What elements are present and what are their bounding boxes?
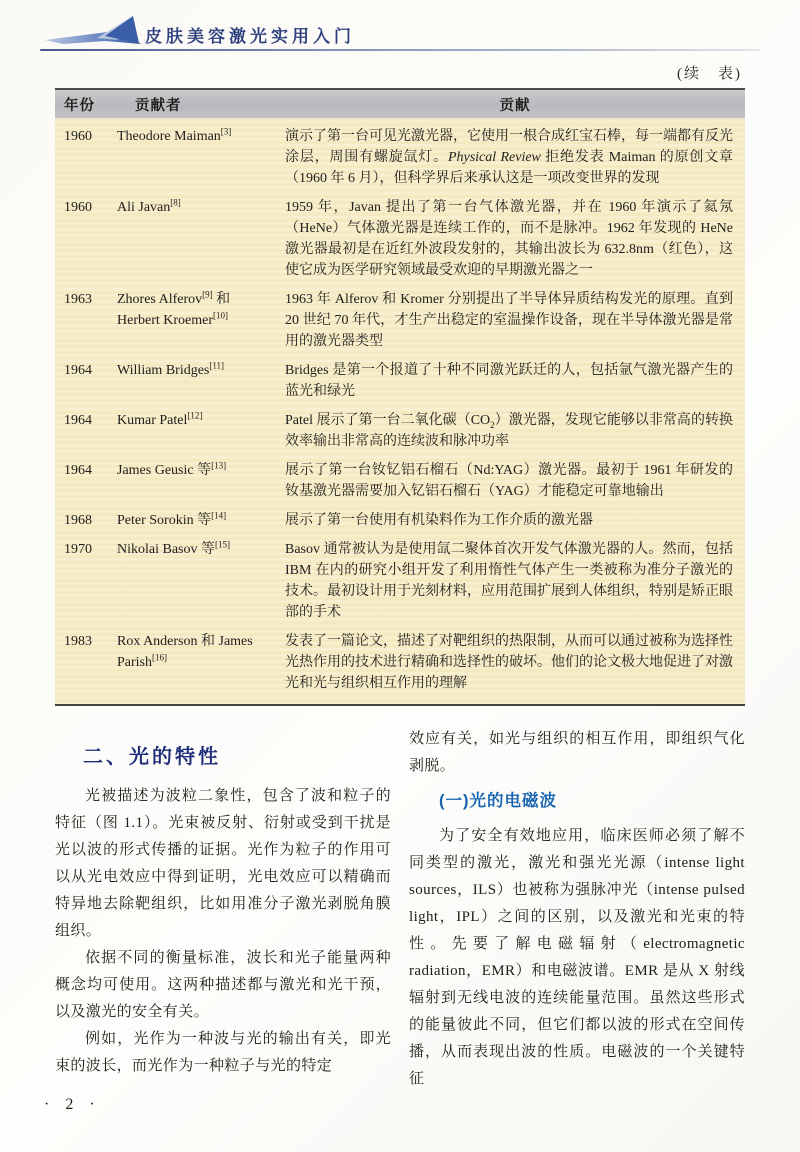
left-column: 二、光的特性 光被描述为波粒二象性，包含了波和粒子的特征（图 1.1）。光束被反…: [55, 726, 391, 1093]
table-row: 1964Kumar Patel[12]Patel 展示了第一台二氧化碳（CO2）…: [55, 406, 745, 456]
contributor-cell: Zhores Alferov[9] 和 Herbert Kroemer[10]: [117, 289, 285, 352]
contributor-cell: William Bridges[11]: [117, 360, 285, 402]
right-column: 效应有关，如光与组织的相互作用，即组织气化剥脱。 (一)光的电磁波 为了安全有效…: [409, 726, 745, 1093]
contribution-cell: Patel 展示了第一台二氧化碳（CO2）激光器，发现它能够以非常高的转换效率输…: [285, 410, 745, 452]
paragraph: 依据不同的衡量标准，波长和光子能量两种概念均可使用。这两种描述都与激光和光干预，…: [55, 945, 391, 1026]
contributor-cell: Kumar Patel[12]: [117, 410, 285, 452]
table-row: 1964William Bridges[11]Bridges 是第一个报道了十种…: [55, 356, 745, 406]
subsection-heading: (一)光的电磁波: [439, 788, 745, 815]
contribution-cell: 发表了一篇论文，描述了对靶组织的热限制，从而可以通过被称为选择性光热作用的技术进…: [285, 631, 745, 694]
table-row: 1970Nikolai Basov 等[15]Basov 通常被认为是使用氙二聚…: [55, 535, 745, 627]
body-text-columns: 二、光的特性 光被描述为波粒二象性，包含了波和粒子的特征（图 1.1）。光束被反…: [55, 726, 745, 1093]
table-row: 1963Zhores Alferov[9] 和 Herbert Kroemer[…: [55, 285, 745, 356]
scanned-book-page: 皮肤美容激光实用入门 (续 表) 年份 贡献者 贡献 1960Theodore …: [0, 0, 800, 1152]
table-row: 1968Peter Sorokin 等[14]展示了第一台使用有机染料作为工作介…: [55, 506, 745, 535]
year-cell: 1964: [55, 410, 117, 452]
contributor-cell: Theodore Maiman[3]: [117, 126, 285, 189]
paragraph: 光被描述为波粒二象性，包含了波和粒子的特征（图 1.1）。光束被反射、衍射或受到…: [55, 783, 391, 945]
table-body: 1960Theodore Maiman[3]演示了第一台可见光激光器，它使用一根…: [55, 119, 745, 704]
column-header-contribution: 贡献: [285, 94, 745, 115]
year-cell: 1970: [55, 539, 117, 623]
contribution-cell: 展示了第一台钕钇铝石榴石（Nd:YAG）激光器。最初于 1961 年研发的钕基激…: [285, 460, 745, 502]
table-row: 1983Rox Anderson 和 James Parish[16]发表了一篇…: [55, 627, 745, 698]
header-rule: [40, 49, 760, 51]
contributor-cell: Peter Sorokin 等[14]: [117, 510, 285, 531]
page-number: · 2 ·: [44, 1096, 101, 1114]
table-header-row: 年份 贡献者 贡献: [55, 90, 745, 119]
section-heading: 二、光的特性: [83, 744, 391, 771]
year-cell: 1960: [55, 126, 117, 189]
column-header-contributor: 贡献者: [117, 94, 285, 115]
year-cell: 1983: [55, 631, 117, 694]
contribution-cell: 1963 年 Alferov 和 Kromer 分别提出了半导体异质结构发光的原…: [285, 289, 745, 352]
table-row: 1964James Geusic 等[13]展示了第一台钕钇铝石榴石（Nd:YA…: [55, 456, 745, 506]
year-cell: 1963: [55, 289, 117, 352]
paragraph: 为了安全有效地应用，临床医师必须了解不同类型的激光，激光和强光光源（intens…: [409, 823, 745, 1093]
table-row: 1960Theodore Maiman[3]演示了第一台可见光激光器，它使用一根…: [55, 122, 745, 193]
year-cell: 1968: [55, 510, 117, 531]
contributor-cell: Rox Anderson 和 James Parish[16]: [117, 631, 285, 694]
contribution-cell: Basov 通常被认为是使用氙二聚体首次开发气体激光器的人。然而，包括 IBM …: [285, 539, 745, 623]
column-header-year: 年份: [55, 94, 117, 115]
book-title: 皮肤美容激光实用入门: [145, 22, 355, 47]
contribution-cell: 展示了第一台使用有机染料作为工作介质的激光器: [285, 510, 745, 531]
publisher-swoosh-icon: [45, 14, 155, 50]
table-row: 1960Ali Javan[8]1959 年，Javan 提出了第一台气体激光器…: [55, 193, 745, 285]
paragraph-continuation: 效应有关，如光与组织的相互作用，即组织气化剥脱。: [409, 726, 745, 780]
contribution-cell: 演示了第一台可见光激光器，它使用一根合成红宝石棒，每一端都有反光涂层，周围有螺旋…: [285, 126, 745, 189]
laser-history-table: 年份 贡献者 贡献 1960Theodore Maiman[3]演示了第一台可见…: [55, 88, 745, 706]
continued-table-label: (续 表): [677, 62, 742, 83]
paragraph: 例如，光作为一种波与光的输出有关，即光束的波长，而光作为一种粒子与光的特定: [55, 1026, 391, 1080]
year-cell: 1964: [55, 460, 117, 502]
contribution-cell: Bridges 是第一个报道了十种不同激光跃迁的人，包括氩气激光器产生的蓝光和绿…: [285, 360, 745, 402]
year-cell: 1964: [55, 360, 117, 402]
running-head: 皮肤美容激光实用入门: [40, 12, 760, 52]
contributor-cell: Nikolai Basov 等[15]: [117, 539, 285, 623]
year-cell: 1960: [55, 197, 117, 281]
contribution-cell: 1959 年，Javan 提出了第一台气体激光器，并在 1960 年演示了氦氖（…: [285, 197, 745, 281]
contributor-cell: James Geusic 等[13]: [117, 460, 285, 502]
contributor-cell: Ali Javan[8]: [117, 197, 285, 281]
